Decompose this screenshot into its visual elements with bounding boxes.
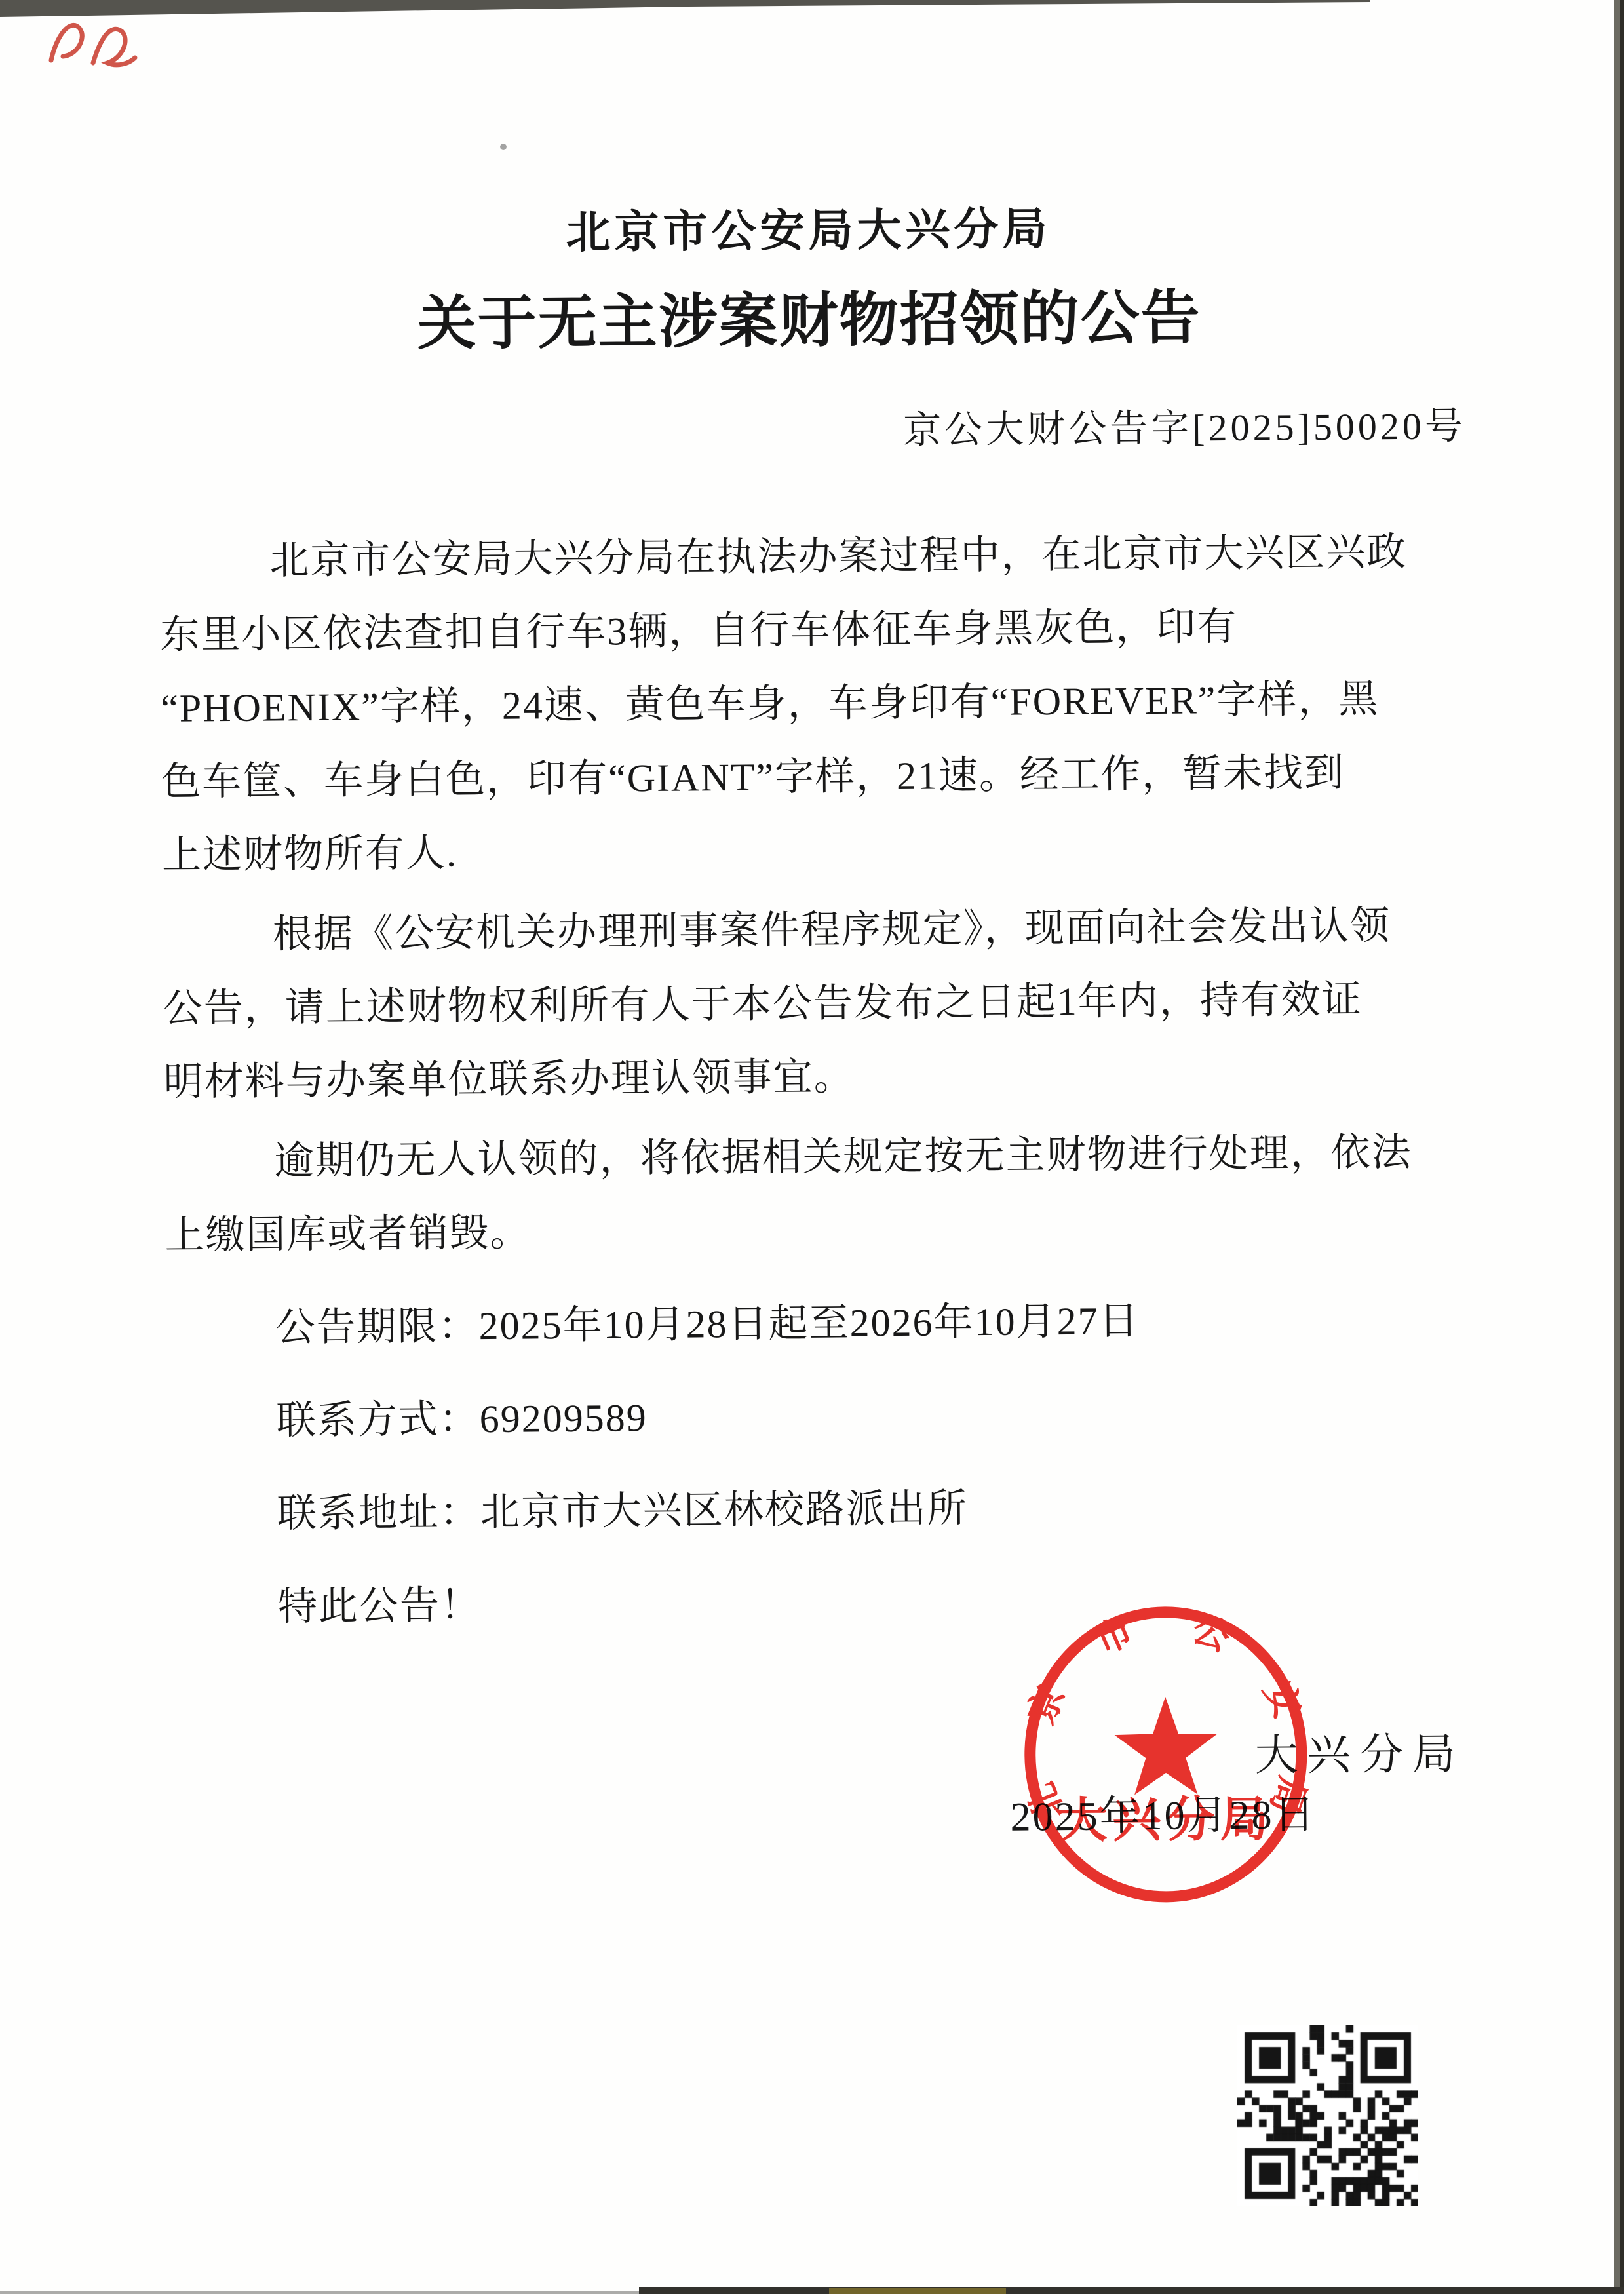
notice-title: 关于无主涉案财物招领的公告 <box>0 266 1621 364</box>
notice-body: 北京市公安局大兴分局在执法办案过程中，在北京市大兴区兴政 东里小区依法查扣自行车… <box>159 515 1479 1644</box>
contact-address-line: 联系地址：北京市大兴区林校路派出所 <box>166 1468 1478 1551</box>
body-line: “PHOENIX”字样，24速、黄色车身，车身印有“FOREVER”字样，黑 <box>161 661 1472 745</box>
body-line: 明材料与办案单位联系办理认领事宜。 <box>163 1035 1475 1119</box>
body-line: 上述财物所有人. <box>162 808 1473 892</box>
contact-phone-line: 联系方式：69209589 <box>166 1374 1477 1458</box>
announcement-period-line: 公告期限：2025年10月28日起至2026年10月27日 <box>165 1281 1477 1365</box>
body-line: 公告，请上述财物权利所有人于本公告发布之日起1年内，持有效证 <box>163 962 1474 1045</box>
body-line: 东里小区依法查扣自行车3辆，自行车体征车身黑灰色，印有 <box>160 588 1471 672</box>
body-line: 根据《公安机关办理刑事案件程序规定》，现面向社会发出认领 <box>162 888 1473 972</box>
scanned-notice-page: 北京市公安局大兴分局 关于无主涉案财物招领的公告 京公大财公告字[2025]50… <box>0 0 1624 2294</box>
document-content: 北京市公安局大兴分局 关于无主涉案财物招领的公告 京公大财公告字[2025]50… <box>0 0 1624 2294</box>
body-line: 北京市公安局大兴分局在执法办案过程中，在北京市大兴区兴政 <box>159 515 1471 598</box>
official-seal: 北京市公安局 大兴分局 <box>1016 1602 1315 1907</box>
doc-number: 京公大财公告字[2025]50020号 <box>159 395 1467 460</box>
body-line: 色车筐、车身白色，印有“GIANT”字样，21速。经工作，暂未找到 <box>161 735 1473 819</box>
red-star-icon <box>1114 1696 1217 1795</box>
body-line: 上缴国库或者销毁。 <box>164 1188 1476 1272</box>
qr-code <box>1237 2025 1418 2206</box>
seal-bottom-text: 大兴分局 <box>1058 1793 1274 1849</box>
bureau-title: 北京市公安局大兴分局 <box>0 189 1621 265</box>
body-line: 逾期仍无人认领的，将依据相关规定按无主财物进行处理，依法 <box>164 1115 1475 1199</box>
